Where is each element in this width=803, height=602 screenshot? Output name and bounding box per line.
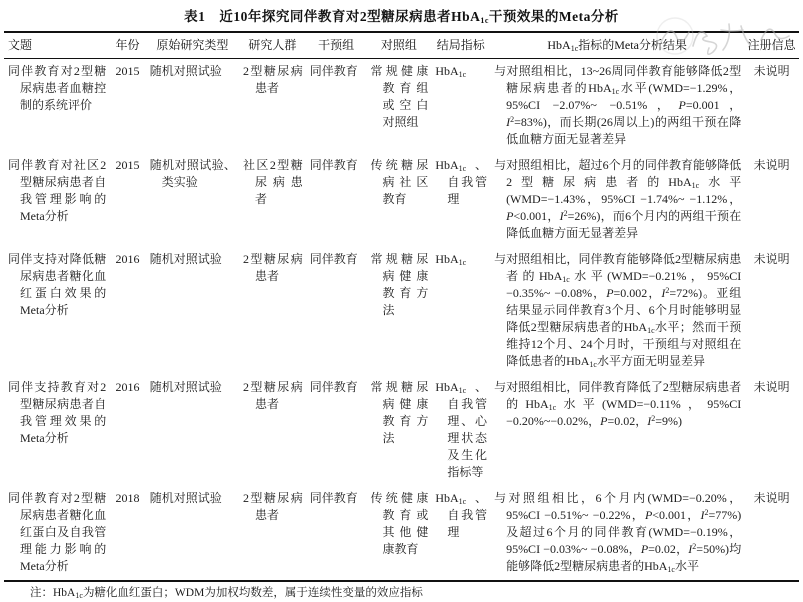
cell-outcome: HbA1c [431, 59, 490, 154]
header-row: 文题 年份 原始研究类型 研究人群 干预组 对照组 结局指标 HbA1c指标的M… [4, 32, 799, 59]
cell-intervention: 同伴教育 [306, 375, 367, 486]
cell-study-type: 随机对照试验 [146, 375, 239, 486]
cell-year: 2016 [109, 375, 145, 486]
cell-year: 2016 [109, 247, 145, 375]
cell-control: 传统糖尿病社区教育 [367, 153, 432, 247]
col-header-registration: 注册信息 [744, 32, 799, 59]
cell-registration: 未说明 [744, 59, 799, 154]
cell-population: 2型糖尿病患者 [239, 486, 306, 581]
table-row: 同伴支持教育对2型糖尿病患者自我管理效果的Meta分析 2016 随机对照试验 … [4, 375, 799, 486]
col-header-control-group: 对照组 [367, 32, 432, 59]
cell-study-type: 随机对照试验、类实验 [146, 153, 239, 247]
cell-meta-result: 与对照组相比，同伴教育降低了2型糖尿病患者的HbA1c水平(WMD=−0.11%… [490, 375, 744, 486]
table-body: 同伴教育对2型糖尿病患者血糖控制的系统评价 2015 随机对照试验 2型糖尿病患… [4, 59, 799, 582]
cell-registration: 未说明 [744, 247, 799, 375]
col-header-title: 文题 [4, 32, 109, 59]
col-header-study-type: 原始研究类型 [146, 32, 239, 59]
col-header-population: 研究人群 [239, 32, 306, 59]
cell-outcome: HbA1c [431, 247, 490, 375]
cell-title: 同伴教育对社区2型糖尿病患者自我管理影响的Meta分析 [4, 153, 109, 247]
cell-control: 传统健康教育或其他健康教育 [367, 486, 432, 581]
cell-meta-result: 与对照组相比，13~26周同伴教育能够降低2型糖尿病患者的HbA1c水平(WMD… [490, 59, 744, 154]
cell-title: 同伴支持对降低糖尿病患者糖化血红蛋白效果的Meta分析 [4, 247, 109, 375]
cell-intervention: 同伴教育 [306, 247, 367, 375]
cell-intervention: 同伴教育 [306, 59, 367, 154]
cell-year: 2015 [109, 59, 145, 154]
col-header-outcome: 结局指标 [431, 32, 490, 59]
cell-study-type: 随机对照试验 [146, 59, 239, 154]
cell-year: 2015 [109, 153, 145, 247]
table-row: 同伴教育对2型糖尿病患者血糖控制的系统评价 2015 随机对照试验 2型糖尿病患… [4, 59, 799, 154]
table-row: 同伴支持对降低糖尿病患者糖化血红蛋白效果的Meta分析 2016 随机对照试验 … [4, 247, 799, 375]
cell-year: 2018 [109, 486, 145, 581]
cell-registration: 未说明 [744, 375, 799, 486]
cell-outcome: HbA1c、自我管理 [431, 153, 490, 247]
cell-meta-result: 与对照组相比，6个月内(WMD=−0.20%，95%CI −0.51%~ −0.… [490, 486, 744, 581]
cell-control: 常规糖尿病健康教育方法 [367, 375, 432, 486]
footnote: 注：HbA1c为糖化血红蛋白；WDM为加权均数差，属于连续性变量的效应指标 [4, 582, 799, 601]
cell-title: 同伴教育对2型糖尿病患者血糖控制的系统评价 [4, 59, 109, 154]
cell-outcome: HbA1c、自我管理、心理状态及生化指标等 [431, 375, 490, 486]
table-caption: 表1 近10年探究同伴教育对2型糖尿病患者HbA1c干预效果的Meta分析 [4, 3, 799, 31]
col-header-year: 年份 [109, 32, 145, 59]
cell-study-type: 随机对照试验 [146, 486, 239, 581]
col-header-intervention-group: 干预组 [306, 32, 367, 59]
cell-population: 社区2型糖尿病患者 [239, 153, 306, 247]
cell-population: 2型糖尿病患者 [239, 375, 306, 486]
cell-control: 常规健康教育组或空白对照组 [367, 59, 432, 154]
table-row: 同伴教育对2型糖尿病患者糖化血红蛋白及自我管理能力影响的Meta分析 2018 … [4, 486, 799, 581]
cell-population: 2型糖尿病患者 [239, 59, 306, 154]
table-row: 同伴教育对社区2型糖尿病患者自我管理影响的Meta分析 2015 随机对照试验、… [4, 153, 799, 247]
cell-registration: 未说明 [744, 153, 799, 247]
cell-intervention: 同伴教育 [306, 486, 367, 581]
cell-population: 2型糖尿病患者 [239, 247, 306, 375]
cell-meta-result: 与对照组相比，同伴教育能够降低2型糖尿病患者的HbA1c水平(WMD=−0.21… [490, 247, 744, 375]
col-header-meta-result: HbA1c指标的Meta分析结果 [490, 32, 744, 59]
cell-control: 常规糖尿病健康教育方法 [367, 247, 432, 375]
cell-title: 同伴教育对2型糖尿病患者糖化血红蛋白及自我管理能力影响的Meta分析 [4, 486, 109, 581]
meta-analysis-table: 文题 年份 原始研究类型 研究人群 干预组 对照组 结局指标 HbA1c指标的M… [4, 31, 799, 582]
cell-registration: 未说明 [744, 486, 799, 581]
cell-intervention: 同伴教育 [306, 153, 367, 247]
paper-page: 表1 近10年探究同伴教育对2型糖尿病患者HbA1c干预效果的Meta分析 文题… [4, 0, 799, 601]
cell-outcome: HbA1c、自我管理 [431, 486, 490, 581]
cell-meta-result: 与对照组相比，超过6个月的同伴教育能够降低2型糖尿病患者的HbA1c水平(WMD… [490, 153, 744, 247]
cell-title: 同伴支持教育对2型糖尿病患者自我管理效果的Meta分析 [4, 375, 109, 486]
cell-study-type: 随机对照试验 [146, 247, 239, 375]
